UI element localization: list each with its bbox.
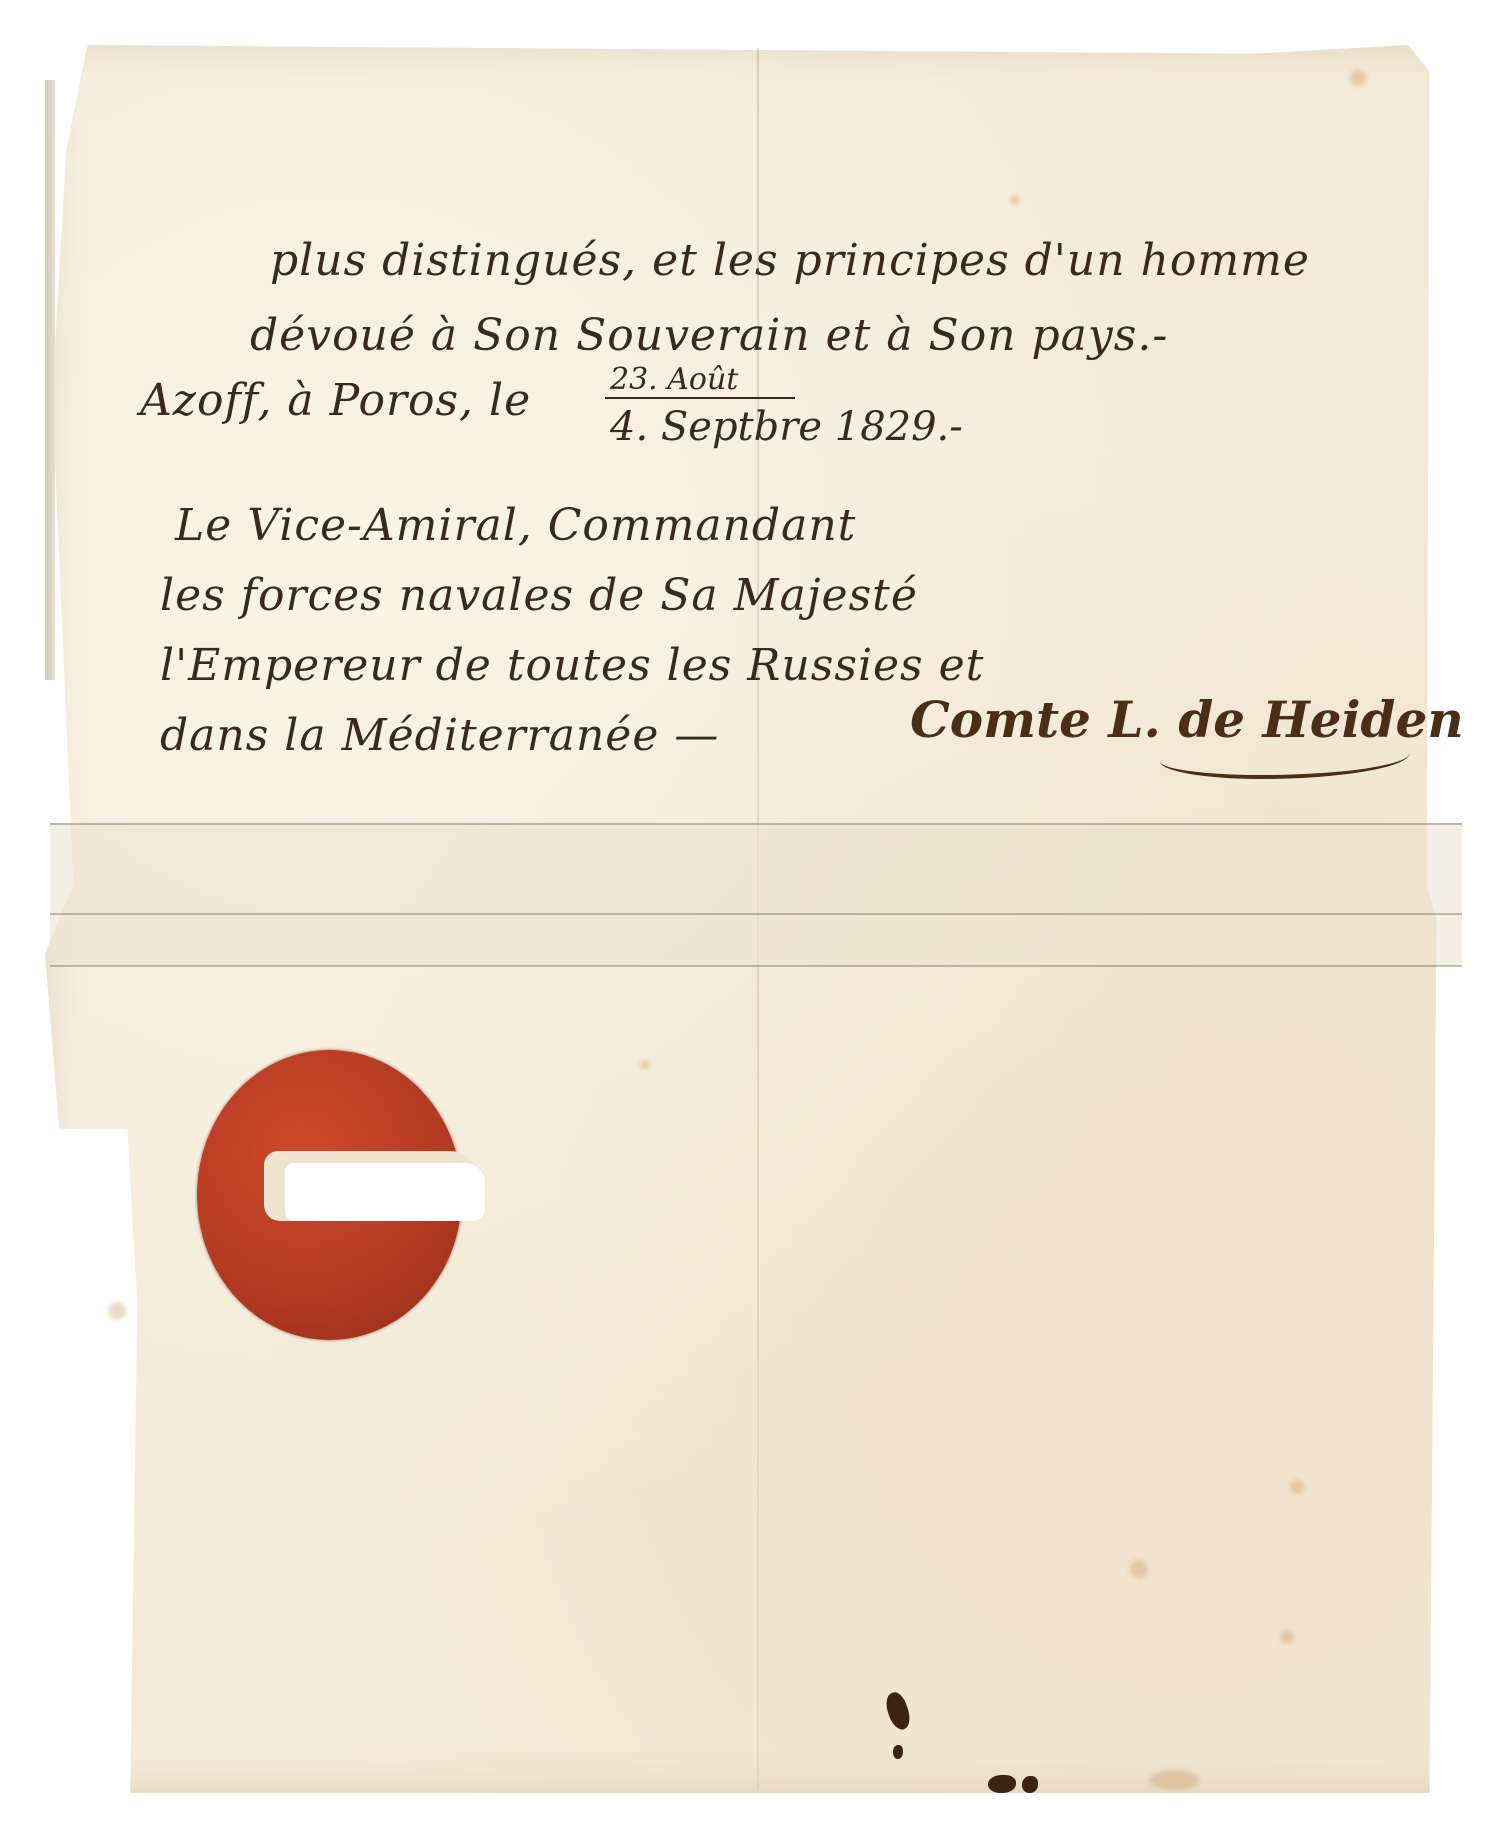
foxing-spot	[1290, 1480, 1304, 1494]
foxing-spot	[1150, 1770, 1200, 1790]
horizontal-fold-band	[50, 823, 1462, 965]
closing-line-1: Le Vice-Amiral, Commandant	[175, 500, 856, 551]
closing-line-2: les forces navales de Sa Majesté	[160, 570, 918, 621]
body-line-1: plus distingués, et les principes d'un h…	[270, 235, 1310, 286]
dateline-place: Azoff, à Poros, le	[140, 375, 531, 426]
foxing-spot	[1010, 195, 1020, 205]
ink-blot	[893, 1745, 903, 1759]
ink-blot	[988, 1775, 1016, 1793]
foxing-spot	[1350, 70, 1366, 86]
fold-line-lower	[50, 965, 1462, 967]
seal-tear	[285, 1163, 485, 1221]
foxing-spot	[1130, 1560, 1148, 1578]
ink-blot	[1022, 1776, 1038, 1793]
paper-left-edge	[45, 80, 55, 680]
fold-line-upper	[50, 823, 1462, 825]
dateline-new-style-date: 4. Septbre 1829.-	[610, 404, 963, 450]
foxing-spot	[640, 1060, 650, 1070]
closing-line-3: l'Empereur de toutes les Russies et	[160, 640, 984, 691]
foxing-spot	[1280, 1630, 1294, 1644]
foxing-spot	[108, 1302, 126, 1320]
dateline-old-style-date: 23. Août	[610, 362, 738, 397]
date-fraction-bar	[605, 397, 795, 399]
fold-line-middle	[50, 913, 1462, 915]
closing-line-4: dans la Méditerranée —	[160, 710, 719, 761]
body-line-2: dévoué à Son Souverain et à Son pays.-	[250, 310, 1168, 361]
